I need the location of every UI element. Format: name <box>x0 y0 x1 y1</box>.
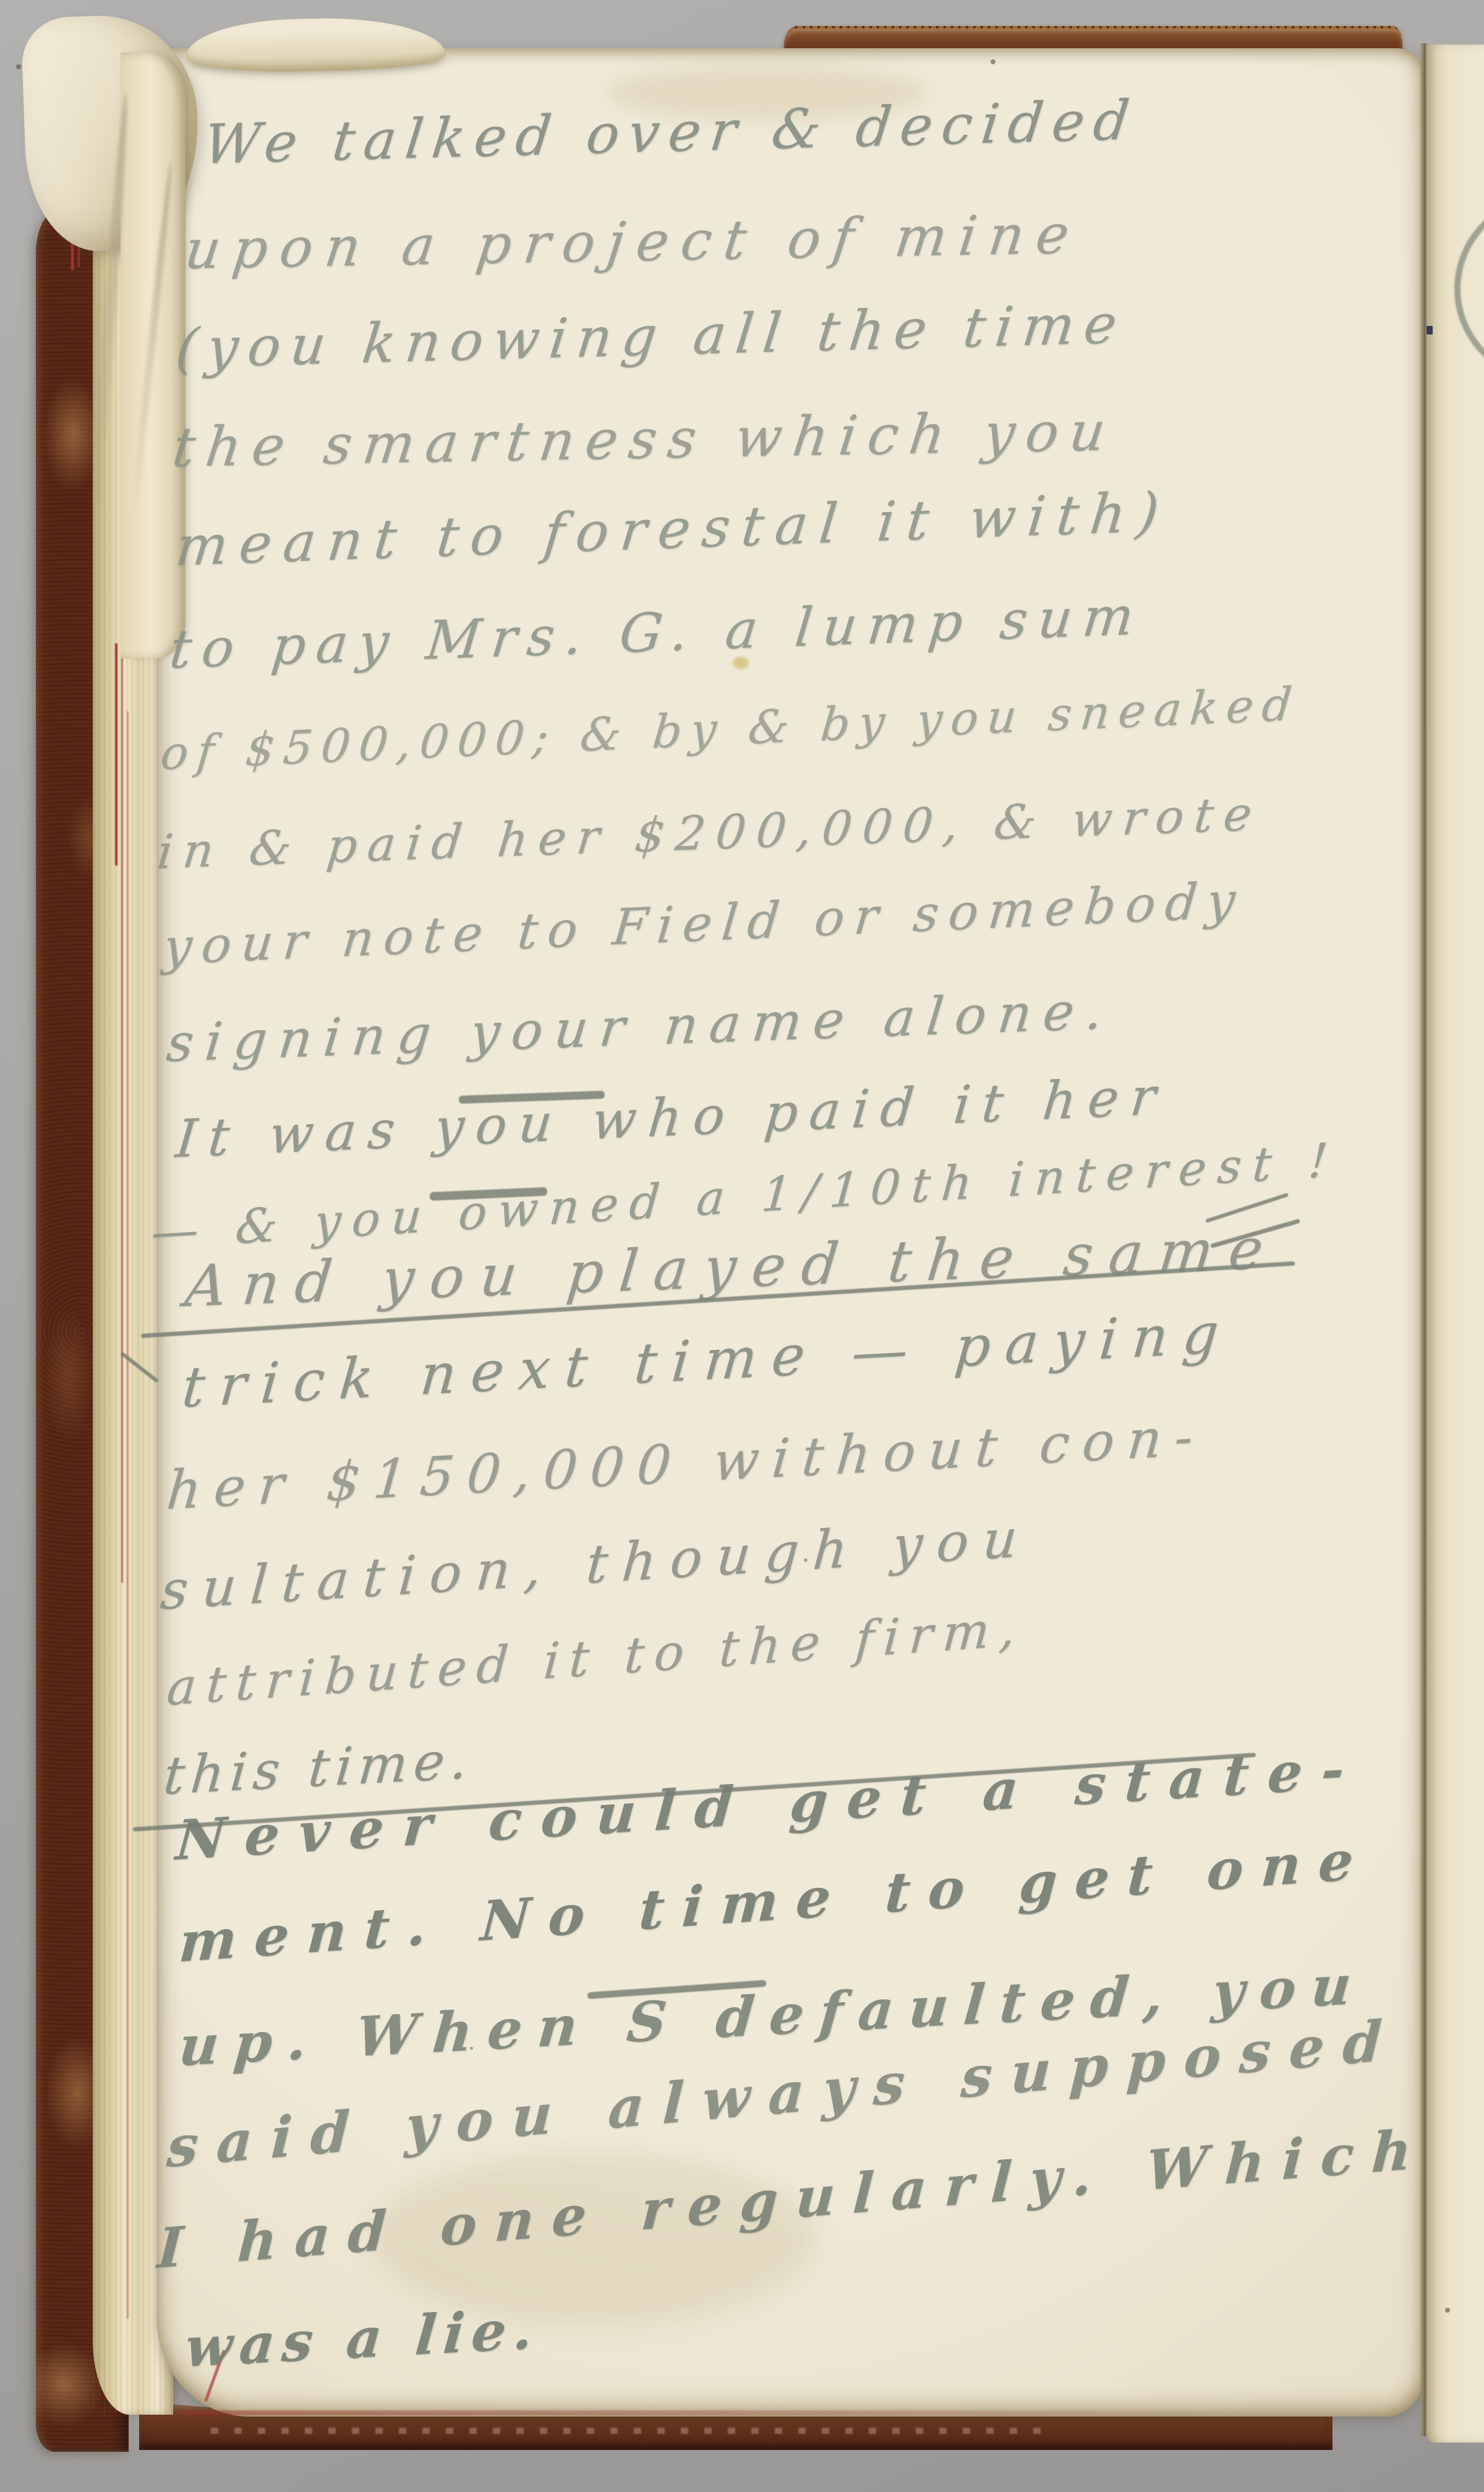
ink-fleck <box>1426 326 1433 335</box>
red-page-edge-stripe <box>127 711 129 2319</box>
paper-speck <box>991 59 996 64</box>
handwritten-line: upon a project of mine <box>182 207 1085 277</box>
photograph: We talked over & decided upon a project … <box>0 0 1484 2492</box>
red-page-edge-stripe <box>115 643 117 866</box>
paper-speck <box>1445 2308 1450 2313</box>
facing-page-edge <box>1426 45 1484 2443</box>
handwritten-line: this time. <box>161 1734 475 1803</box>
handwritten-line: the smartness which you <box>170 404 1120 475</box>
red-page-edge-stripe <box>121 655 123 1583</box>
pencil-circle-mark <box>1454 193 1484 385</box>
dust-speck <box>16 64 21 69</box>
